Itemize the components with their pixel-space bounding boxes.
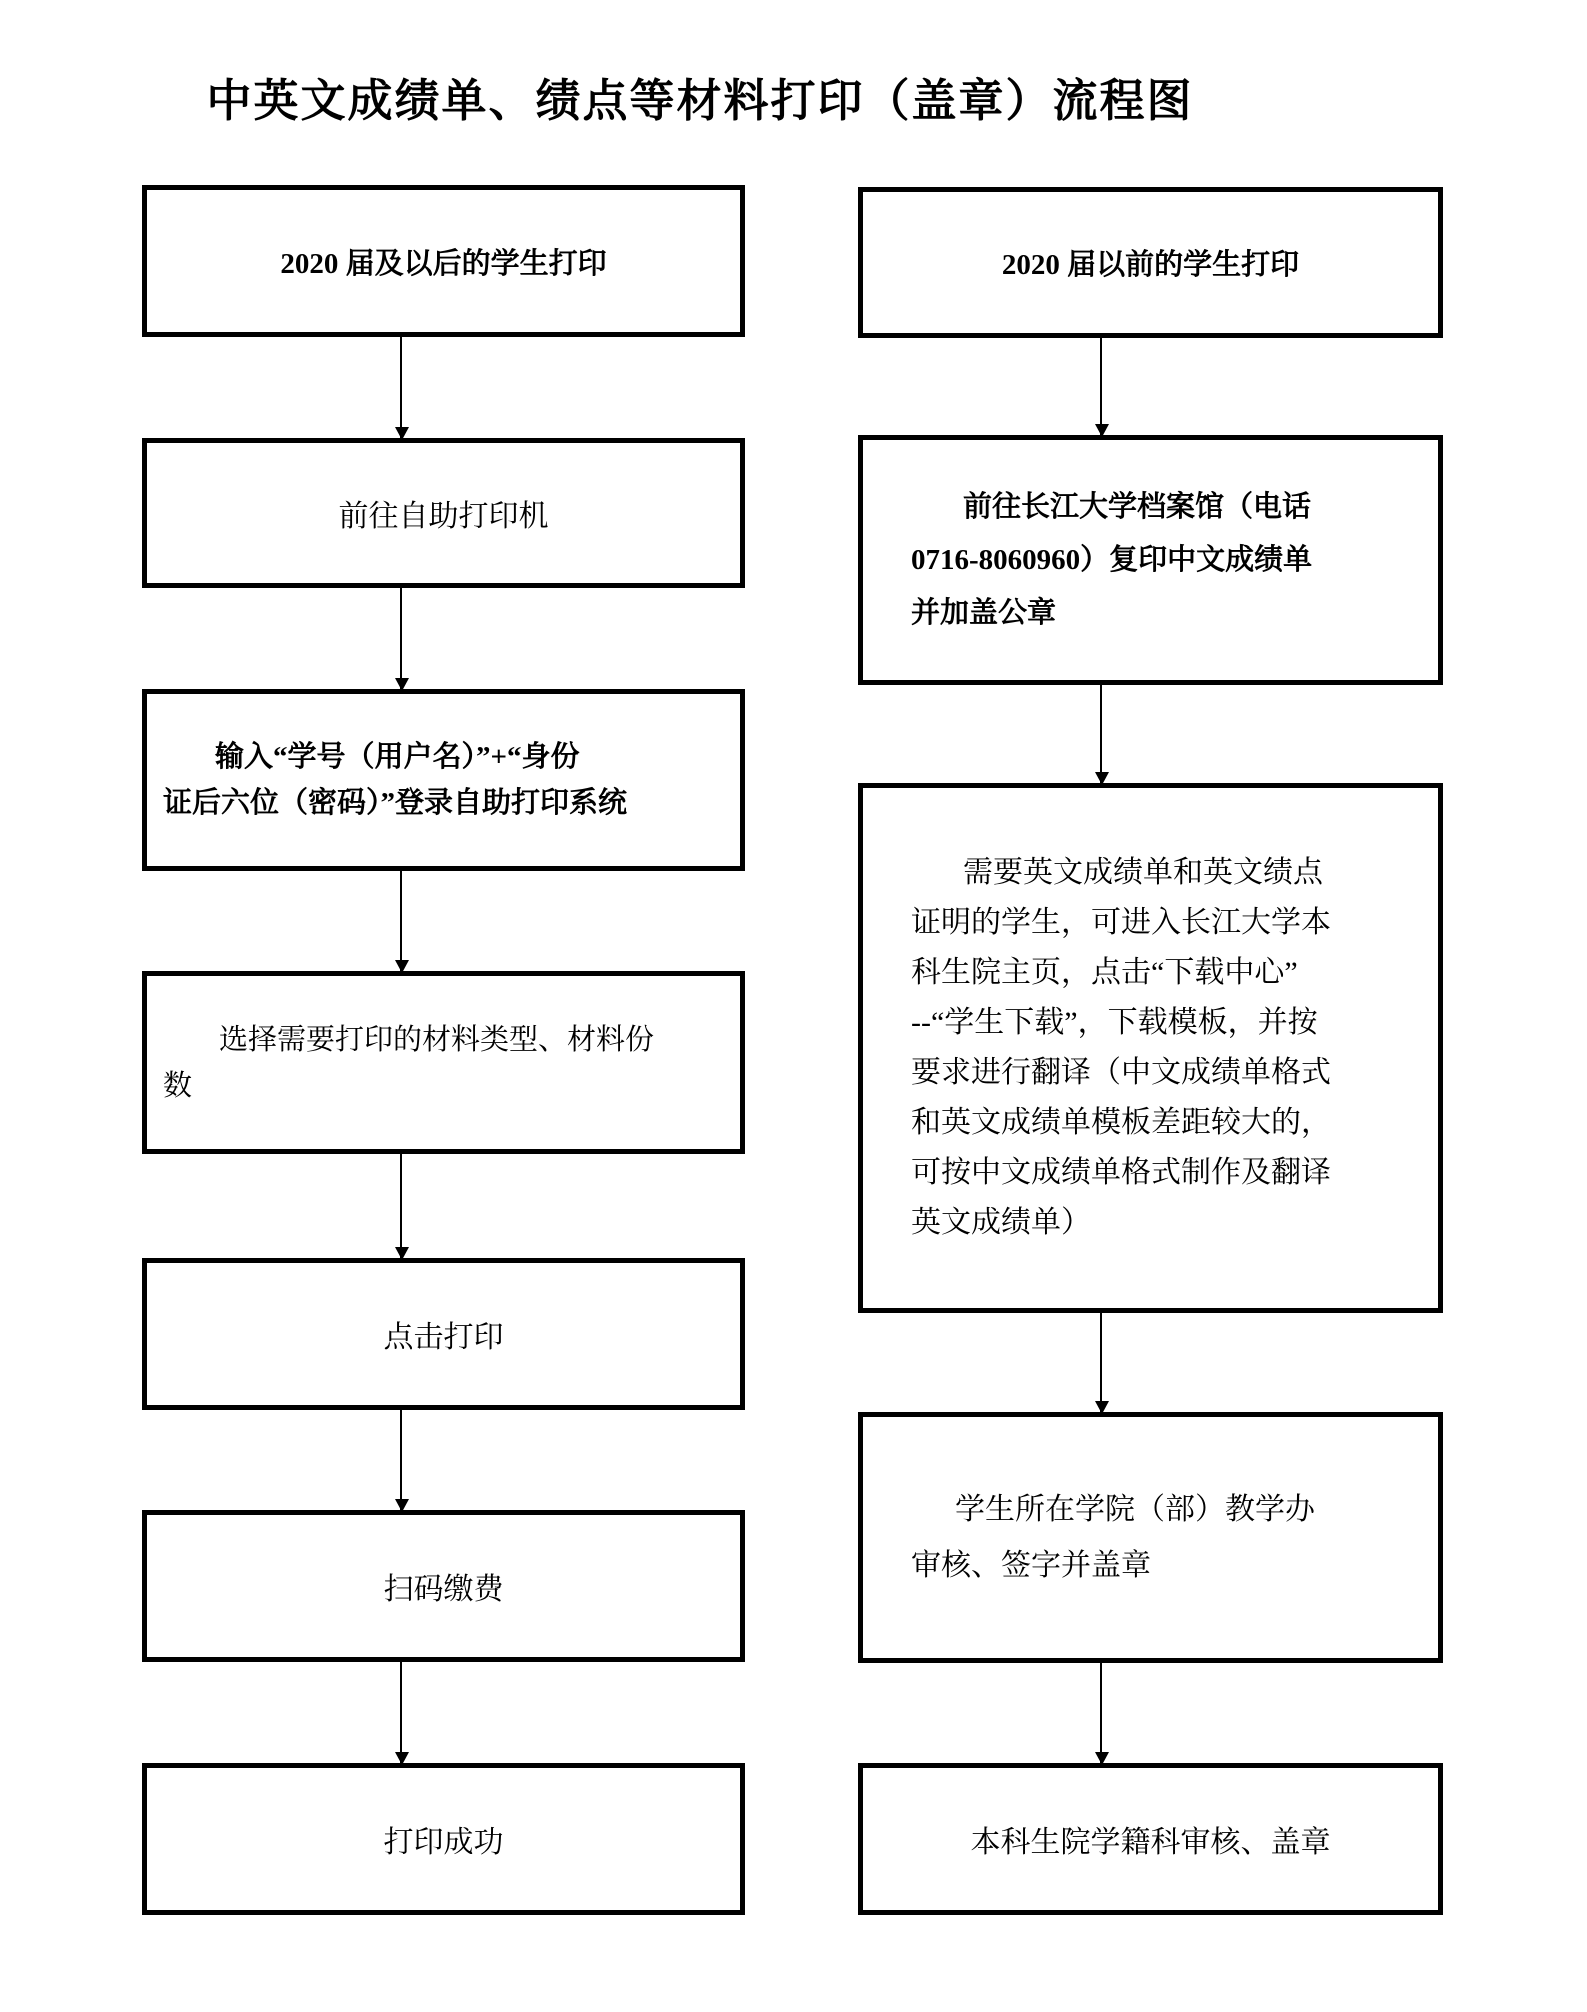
flow-step-box-left-7: 打印成功 <box>142 1763 745 1915</box>
flow-step-text: 选择需要打印的材料类型、材料份 数 <box>147 1017 740 1109</box>
flow-step-box-right-3: 需要英文成绩单和英文绩点 证明的学生，可进入长江大学本 科生院主页，点击“下载中… <box>858 783 1443 1313</box>
flow-step-box-left-4: 选择需要打印的材料类型、材料份 数 <box>142 971 745 1154</box>
flow-step-text: 学生所在学院（部）教学办 审核、签字并盖章 <box>863 1482 1438 1594</box>
flow-step-text: 扫码缴费 <box>384 1564 504 1608</box>
down-arrow <box>1100 338 1102 435</box>
flow-step-box-right-5: 本科生院学籍科审核、盖章 <box>858 1763 1443 1915</box>
down-arrow <box>400 871 402 971</box>
down-arrow <box>1100 685 1102 783</box>
down-arrow <box>1100 1313 1102 1412</box>
down-arrow <box>400 588 402 689</box>
flow-step-text: 2020 届及以后的学生打印 <box>280 241 606 282</box>
flow-step-text: 点击打印 <box>384 1312 504 1356</box>
flow-step-text: 输入“学号（用户名）”+“身份 证后六位（密码）”登录自助打印系统 <box>147 734 740 826</box>
down-arrow <box>400 337 402 438</box>
down-arrow <box>1100 1663 1102 1763</box>
flow-step-text: 前往自助打印机 <box>339 491 549 535</box>
flow-step-text: 2020 届以前的学生打印 <box>1002 242 1299 283</box>
flow-step-text: 前往长江大学档案馆（电话 0716-8060960）复印中文成绩单 并加盖公章 <box>863 481 1438 640</box>
flow-step-box-left-1: 2020 届及以后的学生打印 <box>142 185 745 337</box>
flow-step-box-left-5: 点击打印 <box>142 1258 745 1410</box>
flow-step-box-right-4: 学生所在学院（部）教学办 审核、签字并盖章 <box>858 1412 1443 1663</box>
down-arrow <box>400 1410 402 1510</box>
flow-step-box-left-6: 扫码缴费 <box>142 1510 745 1662</box>
flow-step-box-right-2: 前往长江大学档案馆（电话 0716-8060960）复印中文成绩单 并加盖公章 <box>858 435 1443 685</box>
flow-step-text: 本科生院学籍科审核、盖章 <box>971 1817 1331 1861</box>
flow-step-box-left-2: 前往自助打印机 <box>142 438 745 588</box>
page-title: 中英文成绩单、绩点等材料打印（盖章）流程图 <box>0 64 1400 129</box>
flowchart-page: 中英文成绩单、绩点等材料打印（盖章）流程图 2020 届及以后的学生打印 前往自… <box>0 0 1587 2012</box>
down-arrow <box>400 1154 402 1258</box>
down-arrow <box>400 1662 402 1763</box>
flow-step-text: 需要英文成绩单和英文绩点 证明的学生，可进入长江大学本 科生院主页，点击“下载中… <box>863 848 1438 1248</box>
flow-step-text: 打印成功 <box>384 1817 504 1861</box>
flow-step-box-left-3: 输入“学号（用户名）”+“身份 证后六位（密码）”登录自助打印系统 <box>142 689 745 871</box>
flow-step-box-right-1: 2020 届以前的学生打印 <box>858 187 1443 338</box>
